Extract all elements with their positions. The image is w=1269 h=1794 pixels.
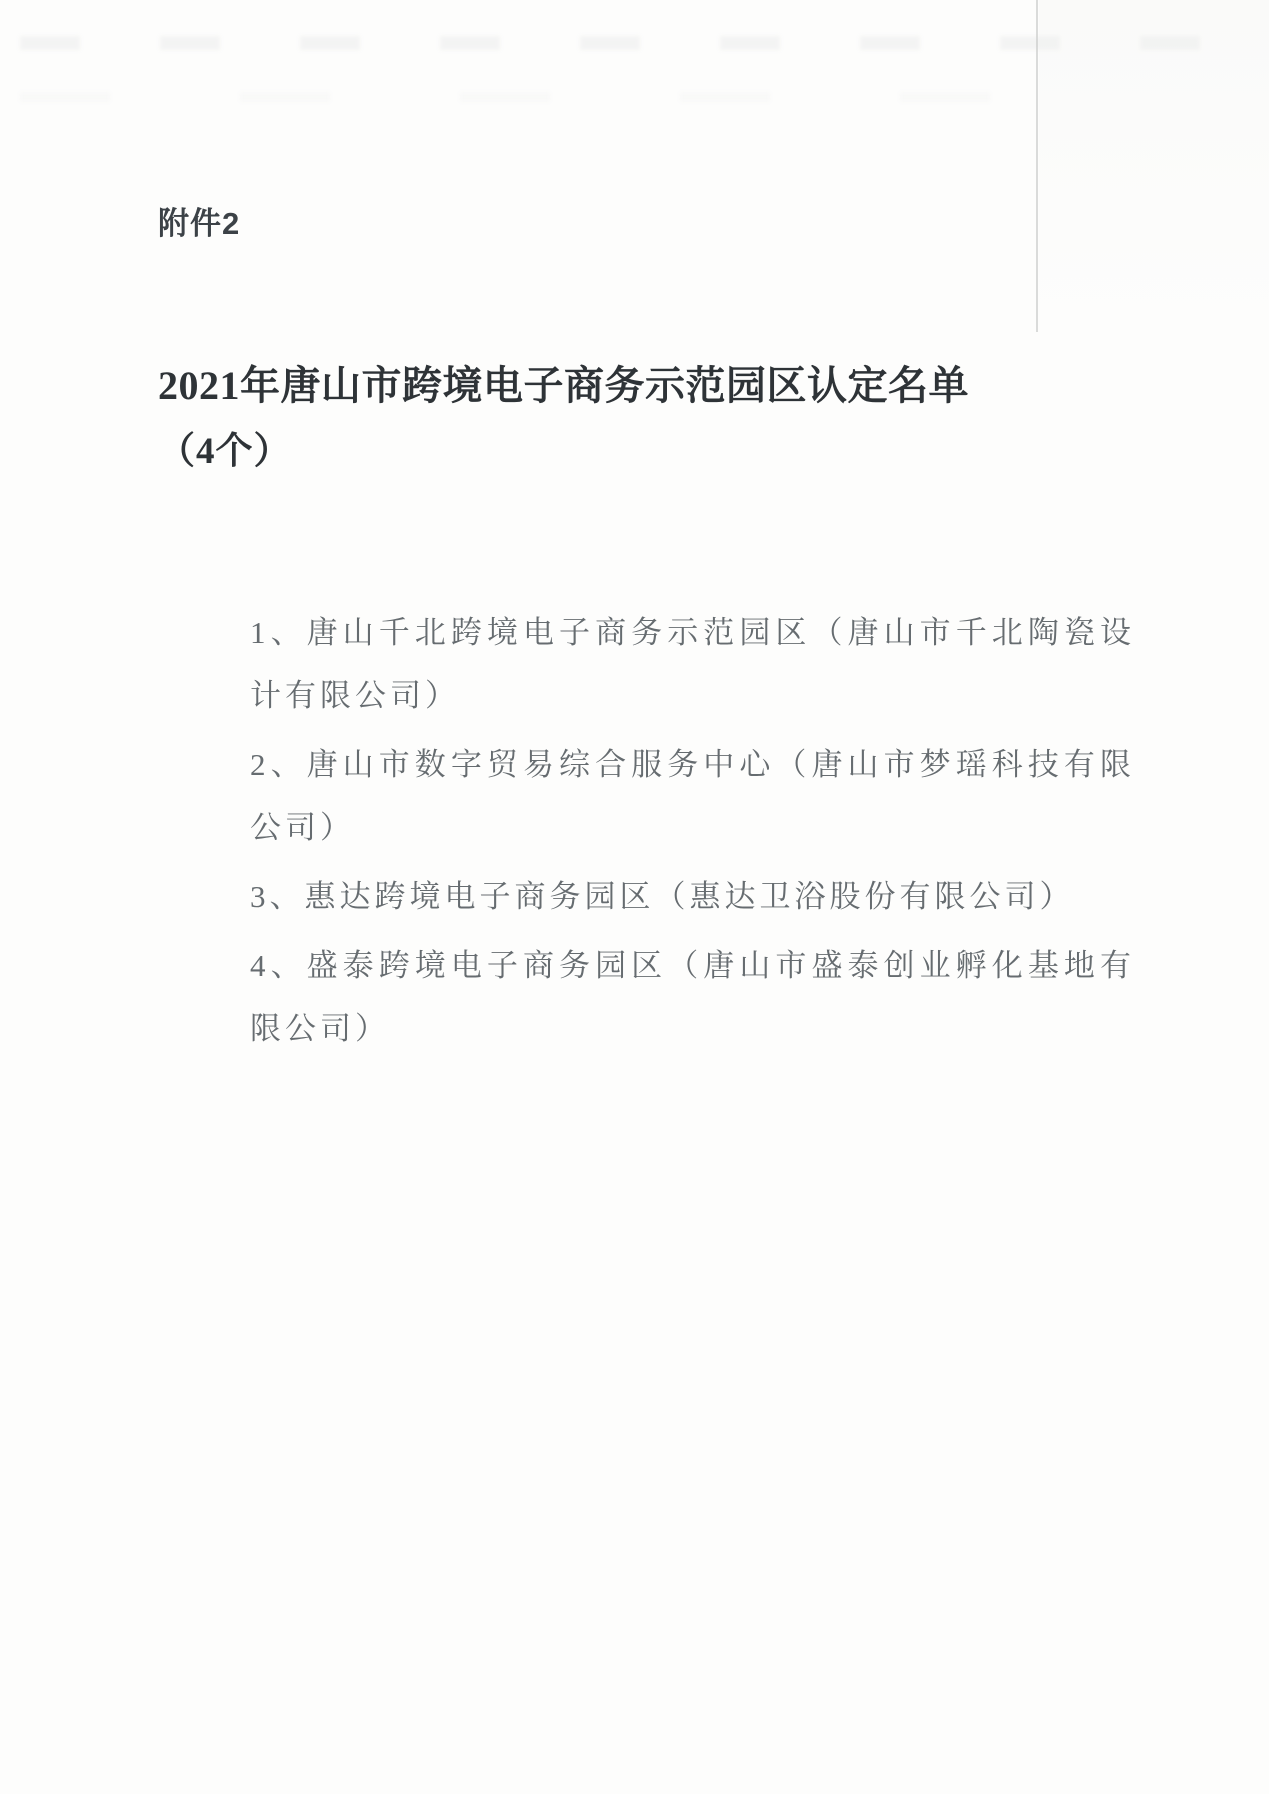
list-item: 4、盛泰跨境电子商务园区（唐山市盛泰创业孵化基地有限公司）	[250, 934, 1135, 1060]
scan-artifact-streak	[20, 92, 1120, 102]
list-item: 1、唐山千北跨境电子商务示范园区（唐山市千北陶瓷设计有限公司）	[250, 601, 1135, 727]
park-list: 1、唐山千北跨境电子商务示范园区（唐山市千北陶瓷设计有限公司） 2、唐山市数字贸…	[250, 601, 1135, 1066]
list-item: 3、惠达跨境电子商务园区（惠达卫浴股份有限公司）	[250, 865, 1135, 928]
scanned-document-page: 附件2 2021年唐山市跨境电子商务示范园区认定名单 （4个） 1、唐山千北跨境…	[0, 0, 1269, 1794]
scan-artifact-shading	[1039, 0, 1269, 330]
document-title: 2021年唐山市跨境电子商务示范园区认定名单	[158, 362, 1098, 410]
list-item: 2、唐山市数字贸易综合服务中心（唐山市梦瑶科技有限公司）	[250, 733, 1135, 859]
scan-artifact-streak	[20, 36, 1200, 50]
title-block: 2021年唐山市跨境电子商务示范园区认定名单 （4个）	[158, 362, 1098, 474]
scan-artifact-vertical-line	[1036, 0, 1038, 332]
document-title-count: （4个）	[158, 420, 1098, 474]
attachment-label: 附件2	[158, 198, 240, 243]
